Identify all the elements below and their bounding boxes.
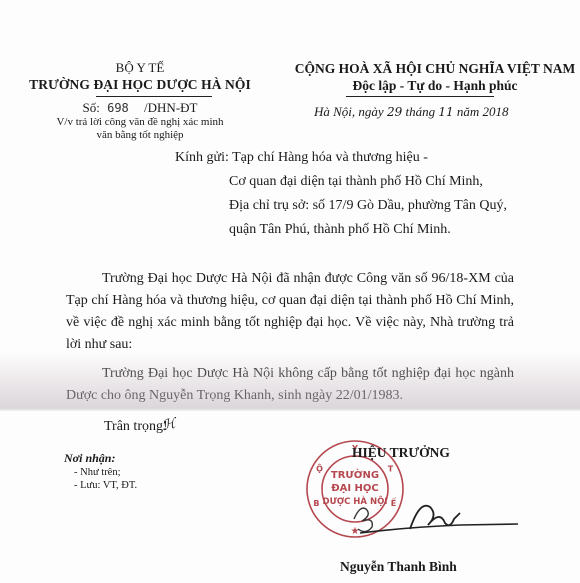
date-day: 29 xyxy=(387,105,402,119)
nation-title: CỘNG HOÀ XÃ HỘI CHỦ NGHĨA VIỆT NAM xyxy=(290,60,580,77)
reference-number: Số: 698 /DHN-ĐT xyxy=(20,100,260,116)
national-motto: Độc lập - Tự do - Hạnh phúc xyxy=(290,77,580,94)
recipient-item: - Lưu: VT, ĐT. xyxy=(74,479,137,492)
ref-suffix: /DHN-ĐT xyxy=(144,100,197,115)
paragraph-1-text: Trường Đại học Dược Hà Nội đã nhận được … xyxy=(66,268,514,356)
document-page: BỘ Y TẾ TRƯỜNG ĐẠI HỌC DƯỢC HÀ NỘI CỘNG … xyxy=(0,0,580,583)
recipient-line-3: Địa chỉ trụ sở: số 17/9 Gò Dầu, phường T… xyxy=(175,194,507,218)
signatory-name: Nguyễn Thanh Bình xyxy=(340,558,457,575)
ref-prefix: Số: xyxy=(83,100,100,115)
date-place: Hà Nội, ngày xyxy=(314,104,384,119)
date-year: năm 2018 xyxy=(457,104,509,119)
paper-fold-line xyxy=(0,408,580,411)
svg-text:Ộ: Ộ xyxy=(316,464,323,474)
recipient-block: Kính gửi: Tạp chí Hàng hóa và thương hiệ… xyxy=(175,146,507,242)
initial-mark: ℋ xyxy=(160,416,177,436)
paragraph-2-text: Trường Đại học Dược Hà Nội không cấp bằn… xyxy=(66,363,514,407)
issuer-underline xyxy=(96,96,212,97)
svg-text:ĐẠI HỌC: ĐẠI HỌC xyxy=(331,483,379,494)
signatory-title: HIỆU TRƯỞNG xyxy=(352,444,450,461)
recipients-list: - Như trên; - Lưu: VT, ĐT. xyxy=(74,466,137,492)
national-header: CỘNG HOÀ XÃ HỘI CHỦ NGHĨA VIỆT NAM Độc l… xyxy=(290,60,580,94)
svg-text:TRƯỜNG: TRƯỜNG xyxy=(331,468,379,481)
subject-line-2: văn bằng tốt nghiệp xyxy=(20,129,260,142)
school-name: TRƯỜNG ĐẠI HỌC DƯỢC HÀ NỘI xyxy=(20,76,260,93)
subject-line: V/v trả lời công văn đề nghị xác minh vă… xyxy=(20,116,260,142)
body-paragraph-2: Trường Đại học Dược Hà Nội không cấp bằn… xyxy=(66,363,514,407)
recipient-item: - Như trên; xyxy=(74,466,137,479)
subject-line-1: V/v trả lời công văn đề nghị xác minh xyxy=(20,116,260,129)
motto-underline xyxy=(346,96,494,97)
date-month-label: tháng xyxy=(405,104,435,119)
recipient-line-4: quận Tân Phú, thành phố Hồ Chí Minh. xyxy=(175,218,507,242)
closing-greeting: Trân trọng! xyxy=(104,418,168,436)
body-paragraph-1: Trường Đại học Dược Hà Nội đã nhận được … xyxy=(66,268,514,356)
recipients-title: Nơi nhận: xyxy=(64,451,115,466)
recipient-line-2: Cơ quan đại diện tại thành phố Hồ Chí Mi… xyxy=(175,170,507,194)
svg-text:B: B xyxy=(313,499,319,508)
handwritten-signature xyxy=(350,495,520,545)
date-month: 11 xyxy=(438,105,453,119)
ref-number-handwritten: 698 xyxy=(107,101,129,115)
issuer-header: BỘ Y TẾ TRƯỜNG ĐẠI HỌC DƯỢC HÀ NỘI xyxy=(20,60,260,93)
svg-text:T: T xyxy=(388,465,394,474)
recipient-line-1: Kính gửi: Tạp chí Hàng hóa và thương hiệ… xyxy=(175,146,507,170)
date-line: Hà Nội, ngày 29 tháng 11 năm 2018 xyxy=(314,104,509,120)
ministry-name: BỘ Y TẾ xyxy=(20,60,260,76)
